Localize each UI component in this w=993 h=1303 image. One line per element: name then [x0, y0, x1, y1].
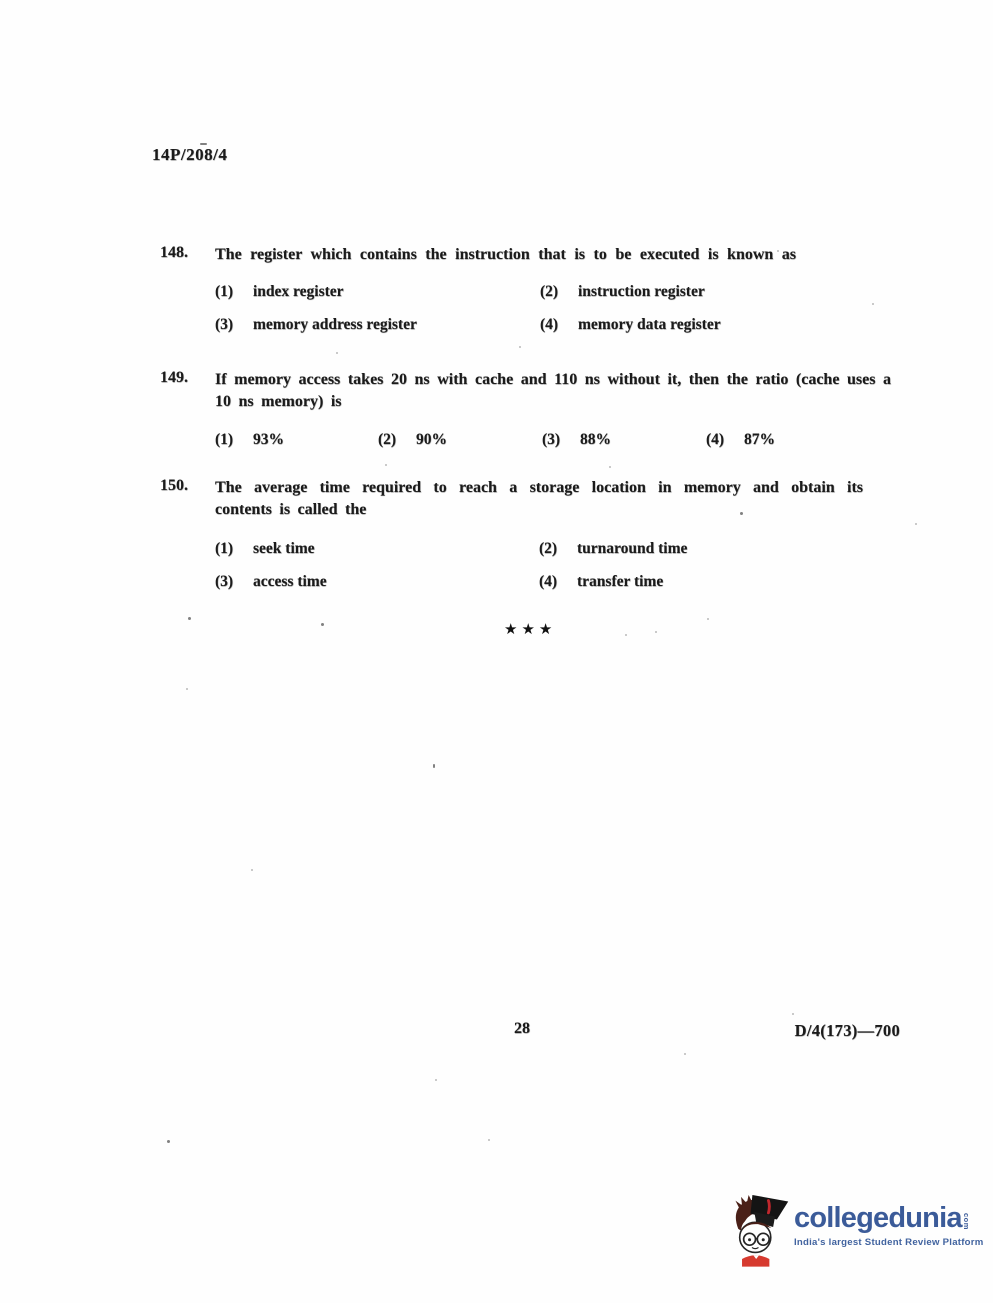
page-number: 28 [514, 1020, 530, 1038]
option-text: turnaround time [577, 540, 687, 557]
question-text: If memory access takes 20 ns with cache … [215, 369, 891, 413]
options-row: (1)93% (2)90% (3)88% (4)87% [215, 431, 891, 449]
scan-speck [519, 346, 521, 348]
option-text: 93% [253, 431, 284, 448]
option-text: memory data register [578, 316, 721, 333]
option-text: 90% [416, 431, 447, 448]
option-label: (1) [215, 283, 243, 301]
question-text: The register which contains the instruct… [215, 244, 870, 266]
option-label: (4) [540, 316, 568, 334]
collegedunia-mascot-icon [726, 1186, 792, 1268]
scan-speck [251, 869, 253, 871]
option-label: (2) [540, 283, 568, 301]
question-body: The register which contains the instruct… [215, 244, 870, 334]
options-row: (1)index register (2)instruction registe… [215, 283, 870, 301]
option-2: (2)turnaround time [539, 540, 863, 558]
options-row: (3)access time (4)transfer time [215, 573, 863, 591]
scan-speck [200, 143, 207, 145]
scan-speck [385, 464, 387, 466]
question-number: 148. [160, 244, 215, 334]
booklet-print-code: D/4(173)—700 [730, 1021, 900, 1041]
scan-speck [433, 764, 435, 768]
scan-speck [684, 1053, 686, 1055]
scan-speck [872, 303, 874, 305]
scan-speck [915, 523, 917, 525]
option-4: (4)transfer time [539, 573, 863, 591]
options-row: (1)seek time (2)turnaround time [215, 540, 863, 558]
option-1: (1)index register [215, 283, 540, 301]
option-text: memory address register [253, 316, 417, 333]
option-label: (4) [706, 431, 734, 449]
option-3: (3)access time [215, 573, 539, 591]
option-label: (2) [539, 540, 567, 558]
question-149: 149. If memory access takes 20 ns with c… [160, 369, 891, 449]
option-label: (3) [215, 316, 243, 334]
question-148: 148. The register which contains the ins… [160, 244, 870, 334]
scanned-exam-page: 14P/208/4 148. The register which contai… [0, 0, 993, 1303]
scan-speck [188, 617, 191, 620]
brand-row: collegedunia com [794, 1204, 984, 1233]
option-2: (2)90% [378, 431, 542, 449]
option-1: (1)seek time [215, 540, 539, 558]
option-text: instruction register [578, 283, 705, 300]
option-3: (3)memory address register [215, 316, 540, 334]
question-body: The average time required to reach a sto… [215, 477, 863, 591]
scan-speck [167, 1140, 170, 1143]
question-number: 149. [160, 369, 215, 449]
question-number: 150. [160, 477, 215, 591]
question-150: 150. The average time required to reach … [160, 477, 863, 591]
scan-speck [777, 250, 779, 252]
option-label: (1) [215, 431, 243, 449]
scan-speck [336, 352, 338, 354]
option-text: access time [253, 573, 327, 590]
question-body: If memory access takes 20 ns with cache … [215, 369, 891, 449]
brand-dotcom-suffix: com [963, 1213, 971, 1230]
scan-speck [740, 512, 743, 515]
option-label: (3) [542, 431, 570, 449]
paper-code: 14P/208/4 [152, 145, 227, 165]
collegedunia-logo: collegedunia com India's largest Student… [726, 1186, 966, 1270]
option-text: 88% [580, 431, 611, 448]
option-1: (1)93% [215, 431, 378, 449]
option-4: (4)memory data register [540, 316, 865, 334]
option-3: (3)88% [542, 431, 706, 449]
option-text: 87% [744, 431, 775, 448]
scan-speck [321, 623, 324, 626]
question-text: The average time required to reach a sto… [215, 477, 863, 521]
option-text: transfer time [577, 573, 663, 590]
options-row: (3)memory address register (4)memory dat… [215, 316, 870, 334]
scan-speck [435, 1079, 437, 1081]
logo-text-block: collegedunia com India's largest Student… [794, 1186, 984, 1248]
option-text: seek time [253, 540, 315, 557]
scan-speck [625, 634, 627, 636]
scan-speck [792, 1013, 794, 1015]
option-2: (2)instruction register [540, 283, 865, 301]
scan-speck [488, 1139, 490, 1141]
option-label: (1) [215, 540, 243, 558]
option-label: (3) [215, 573, 243, 591]
scan-speck [707, 618, 709, 620]
option-label: (4) [539, 573, 567, 591]
scan-speck [186, 688, 188, 690]
option-4: (4)87% [706, 431, 775, 449]
scan-speck [655, 631, 657, 633]
option-text: index register [253, 283, 344, 300]
brand-tagline: India's largest Student Review Platform [794, 1237, 984, 1248]
end-of-paper-stars: ★★★ [504, 620, 556, 638]
scan-speck [609, 466, 611, 468]
option-label: (2) [378, 431, 406, 449]
brand-wordmark: collegedunia [794, 1204, 962, 1233]
